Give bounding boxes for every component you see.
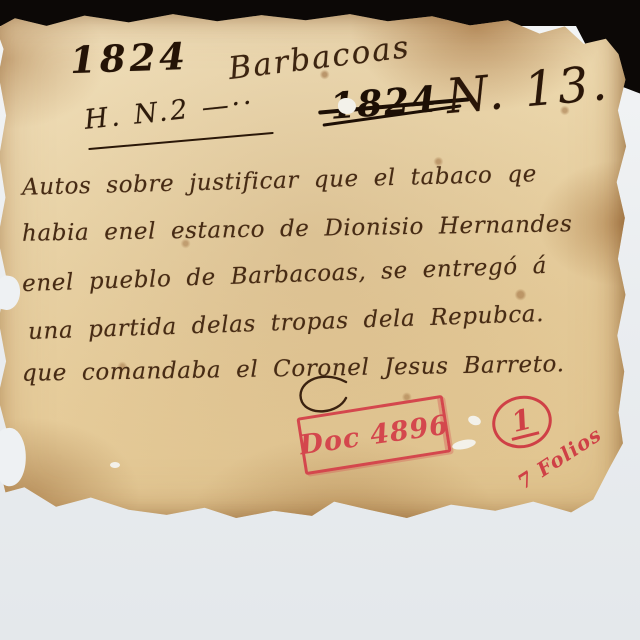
photo-of-manuscript: 1824 Barbacoas H. N.2 —·· 1824 N. 13. Au… [0, 0, 640, 640]
folio-number: 1 [505, 403, 540, 441]
doc-number-stamp-label: Doc 4896 [297, 409, 450, 461]
ink-corrosion-spot [338, 98, 356, 114]
year-annotation: 1824 [69, 34, 189, 82]
paper-scuff [110, 462, 120, 468]
